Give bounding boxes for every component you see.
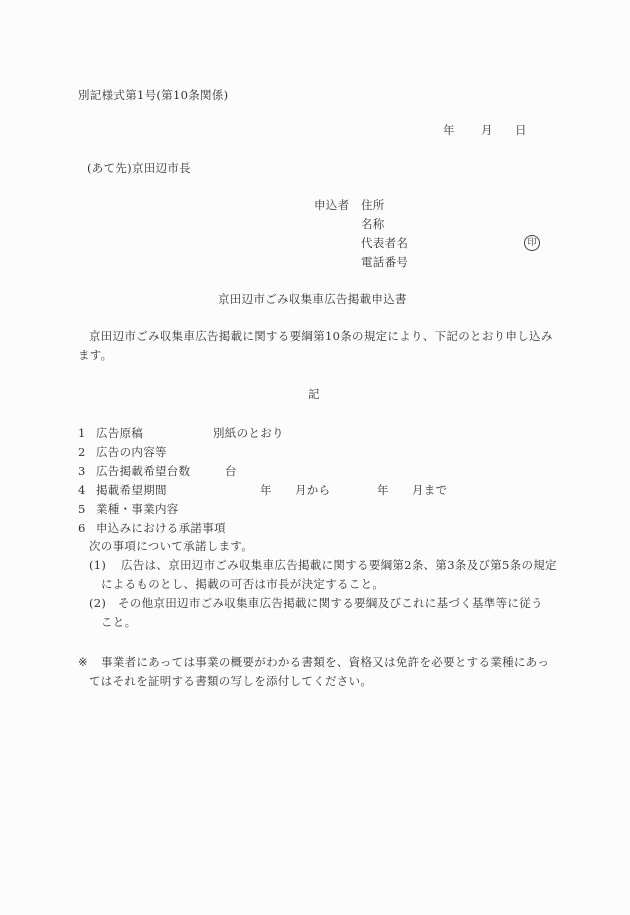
consent-line-2: こと。 (101, 613, 136, 631)
note-line-2: てはそれを証明する書類の写しを添付してください。 (89, 672, 372, 690)
item-number: 6 (78, 519, 86, 537)
note-mark: ※ (78, 653, 88, 671)
consent-line-1: 広告は、京田辺市ごみ収集車広告掲載に関する要綱第2条、第3条及び第5条の規定 (121, 556, 557, 574)
intro-line-2: ます。 (78, 346, 112, 364)
date-month: 月 (481, 121, 493, 139)
period-from-month: 月から (295, 481, 330, 499)
item-label: 業種・事業内容 (96, 500, 179, 518)
consent-number: (2) (89, 594, 106, 612)
intro-line-1: 京田辺市ごみ収集車広告掲載に関する要綱第10条の規定により、下記のとおり申し込み (89, 327, 553, 345)
item-label: 掲載希望期間 (96, 481, 167, 499)
note-line-1: 事業者にあっては事業の概要がわかる書類を、資格又は免許を必要とする業種にあっ (101, 653, 549, 671)
applicant-field-address: 住所 (361, 196, 385, 214)
applicant-field-representative: 代表者名 (361, 234, 408, 252)
item-number: 2 (78, 443, 86, 461)
consent-intro: 次の事項について承諾します。 (89, 537, 253, 555)
item-label: 広告の内容等 (96, 443, 167, 461)
form-number: 別記様式第1号(第10条関係) (78, 86, 228, 104)
item-label: 広告掲載希望台数 (96, 462, 190, 480)
applicant-label: 申込者 (314, 196, 349, 214)
item-value: 別紙のとおり (213, 424, 284, 442)
item-number: 5 (78, 500, 86, 518)
ki-heading: 記 (308, 385, 320, 403)
item-label: 申込みにおける承諾事項 (96, 519, 226, 537)
date-day: 日 (515, 121, 527, 139)
item-number: 1 (78, 424, 86, 442)
item-number: 3 (78, 462, 86, 480)
addressee: (あて先)京田辺市長 (87, 159, 191, 177)
item-value: 台 (225, 462, 237, 480)
item-label: 広告原稿 (96, 424, 143, 442)
period-from-year: 年 (260, 481, 272, 499)
consent-line-1: その他京田辺市ごみ収集車広告掲載に関する要綱及びこれに基づく基準等に従う (118, 594, 543, 612)
consent-number: (1) (89, 556, 106, 574)
item-number: 4 (78, 481, 86, 499)
document-page: 別記様式第1号(第10条関係) 年 月 日 (あて先)京田辺市長 申込者 住所 … (0, 0, 630, 915)
seal-icon: 印 (524, 235, 540, 251)
period-to-month: 月まで (412, 481, 447, 499)
date-year: 年 (443, 121, 455, 139)
applicant-field-name: 名称 (361, 215, 385, 233)
applicant-field-phone: 電話番号 (361, 253, 408, 271)
period-to-year: 年 (377, 481, 389, 499)
consent-line-2: によるものとし、掲載の可否は市長が決定すること。 (101, 575, 384, 593)
document-title: 京田辺市ごみ収集車広告掲載申込書 (218, 290, 407, 308)
